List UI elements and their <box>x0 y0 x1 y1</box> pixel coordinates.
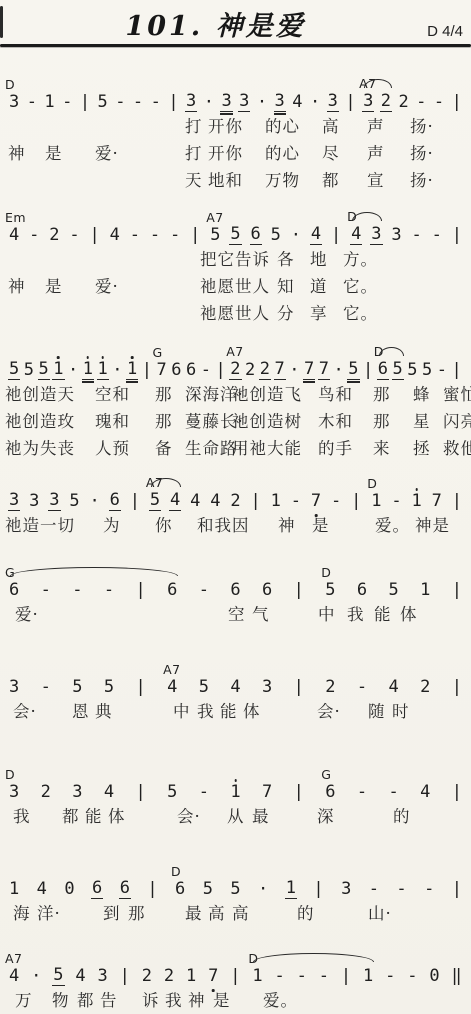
note: 7 <box>431 491 443 511</box>
note-glyph: 3 <box>29 491 39 511</box>
duration-dash-glyph: - <box>199 782 209 802</box>
note-glyph: 5 <box>72 677 82 697</box>
lyric-segment: 那 <box>373 381 391 405</box>
notation-line: 4Em-2-|4---|5A7565·4|4D33--| <box>0 221 471 245</box>
note: 5 <box>52 965 64 986</box>
lyric-segment: 各 <box>277 246 295 270</box>
barline-glyph: | <box>130 491 140 511</box>
barline-glyph: | <box>452 782 462 802</box>
lyric-segment: 是 <box>312 512 330 536</box>
duration-dash-glyph: - <box>151 92 161 112</box>
barline-glyph: | <box>313 879 323 899</box>
barline-glyph: | <box>80 92 90 112</box>
octave-dot-high <box>57 356 60 359</box>
note-glyph: 2 <box>164 966 174 986</box>
lyric-segment: 能 <box>85 803 103 827</box>
song-title: 101. 神是爱 <box>0 4 431 43</box>
duration-dash-glyph: - <box>331 491 341 511</box>
duration-dash-glyph: - <box>434 92 444 112</box>
lyric-segment: 那 <box>155 408 173 432</box>
note-glyph: 1 <box>230 782 240 802</box>
note: 1D <box>251 966 263 986</box>
lyric-row: 打开你的心高声扬· <box>0 112 471 139</box>
duration-dash-glyph: - <box>319 966 329 986</box>
note-glyph: 4 <box>37 879 47 899</box>
barline: | <box>293 677 305 697</box>
note: 1 <box>285 878 297 899</box>
note-glyph: 3 <box>341 879 351 899</box>
note-glyph: 5 <box>230 879 240 899</box>
lyric-row: 海洋·到那最高高的山· <box>0 899 471 926</box>
lyric-segment: 它。 <box>343 273 378 297</box>
barline-glyph: | <box>452 580 462 600</box>
lyric-segment: 从 <box>227 803 245 827</box>
duration-dash-glyph: - <box>407 966 417 986</box>
duration-dash: - <box>132 92 144 112</box>
note: 6 <box>170 360 182 380</box>
lyric-segment: 蜂 <box>413 381 431 405</box>
chord-label: D <box>5 75 15 95</box>
note-glyph: 1 <box>53 359 63 379</box>
note: 5 <box>8 359 20 380</box>
lyric-segment: 为 <box>103 512 121 536</box>
note-glyph: 5 <box>69 491 79 511</box>
note-glyph: 7 <box>311 491 321 511</box>
dot-mark-glyph: · <box>289 360 299 380</box>
note-glyph: 1 <box>412 491 422 511</box>
octave-dot-high <box>87 356 90 359</box>
duration-dash: - <box>318 966 330 986</box>
note-glyph: 4 <box>190 491 200 511</box>
barline: | <box>250 491 262 511</box>
lyric-segment: 开你 <box>208 140 243 164</box>
duration-dash: - <box>296 966 308 986</box>
barline-glyph: | <box>331 225 341 245</box>
barline: | <box>451 491 463 511</box>
final-barline-glyph: ‖ <box>452 966 462 986</box>
lyric-segment: 和我因 <box>197 512 250 536</box>
barline-glyph: | <box>230 966 240 986</box>
duration-dash-glyph: - <box>424 879 434 899</box>
note-glyph: 6 <box>175 879 185 899</box>
note-glyph: 1 <box>98 359 108 379</box>
note: 6 <box>229 580 241 600</box>
barline-glyph: | <box>452 225 462 245</box>
dot-mark-glyph: · <box>258 879 268 899</box>
note-glyph: 3 <box>98 966 108 986</box>
barline-glyph: | <box>363 360 373 380</box>
lyric-segment: 神是 <box>415 512 450 536</box>
lyric-segment: 救他· <box>443 435 471 459</box>
note: 2 <box>141 966 153 986</box>
note: 3 <box>8 677 20 697</box>
duration-dash-glyph: - <box>150 225 160 245</box>
note: 3 <box>327 91 339 112</box>
note-glyph: 5 <box>271 225 281 245</box>
chord-label: A7 <box>163 660 181 680</box>
note: 4D <box>350 224 362 245</box>
note: 1 <box>43 92 55 112</box>
barline-glyph: | <box>216 360 226 380</box>
duration-dash: - <box>169 225 181 245</box>
lyric-segment: 体 <box>108 803 126 827</box>
note-glyph: 2 <box>49 225 59 245</box>
notation-line: 14066|6D55·1|3---| <box>0 875 471 899</box>
note-glyph: 5 <box>104 677 114 697</box>
barline-glyph: | <box>294 782 304 802</box>
dot-mark-glyph: · <box>90 491 100 511</box>
lyric-segment: 瑰和 <box>95 408 130 432</box>
lyric-row: 神是爱·祂愿世人知道它。 <box>0 272 471 299</box>
barline: | <box>451 677 463 697</box>
lyric-segment: 洋· <box>37 900 61 924</box>
note-glyph: 4 <box>292 92 302 112</box>
note: 6 <box>109 490 121 511</box>
lyric-segment: 享 <box>310 300 328 324</box>
note-glyph: 5 <box>150 490 160 510</box>
note: 6G <box>8 580 20 600</box>
note: 6G <box>324 782 336 802</box>
note-glyph: 7 <box>208 966 218 986</box>
note: 2 <box>380 91 392 112</box>
lyric-row: 祂创造天空和那深海洋·祂创造飞鸟和那蜂蜜忙· <box>0 380 471 407</box>
music-system: 6G---|6-66|5D651|爱·空气中我能体 <box>0 554 471 627</box>
duration-dash: - <box>290 491 302 511</box>
dot-mark: · <box>203 92 215 112</box>
note: 6 <box>261 580 273 600</box>
note: 7G <box>156 360 168 380</box>
note-glyph: 3 <box>49 490 59 510</box>
duration-dash-glyph: - <box>275 966 285 986</box>
barline: | <box>451 879 463 899</box>
dot-mark-glyph: · <box>310 92 320 112</box>
lyric-segment: 的手 <box>318 435 353 459</box>
barline: | <box>135 580 147 600</box>
duration-dash-glyph: - <box>357 782 367 802</box>
dot-mark-glyph: · <box>257 92 267 112</box>
dot-mark: · <box>30 966 42 986</box>
note: 6 <box>91 878 103 899</box>
lyric-row: 爱·空气中我能体 <box>0 600 471 627</box>
lyric-segment: 爱· <box>95 140 119 164</box>
barline-glyph: | <box>147 879 157 899</box>
note-glyph: 2 <box>230 359 240 379</box>
duration-dash-glyph: - <box>396 879 406 899</box>
note: 3 <box>390 225 402 245</box>
lyric-segment: 祂愿世人 <box>200 273 270 297</box>
note-glyph: 2 <box>245 360 255 380</box>
note-glyph: 1 <box>420 580 430 600</box>
lyric-segment: 它。 <box>343 300 378 324</box>
note-glyph: 3 <box>9 677 19 697</box>
music-system: 5551·11·1|7G66-|2A7227·77·5|6D555-|祂创造天空… <box>0 334 471 461</box>
lyric-segment: 开你 <box>208 113 243 137</box>
lyric-segment: 神 <box>188 987 206 1011</box>
duration-dash: - <box>198 580 210 600</box>
lyric-segment: 道 <box>310 273 328 297</box>
duration-dash-glyph: - <box>130 225 140 245</box>
lyric-segment: 蜜忙· <box>443 381 471 405</box>
note-glyph: 1 <box>83 359 93 379</box>
note-glyph: 6 <box>9 580 19 600</box>
duration-dash-glyph: - <box>391 491 401 511</box>
note-glyph: 3 <box>262 677 272 697</box>
note: 4 <box>209 491 221 511</box>
note: 7 <box>261 782 273 802</box>
rest-note-glyph: 0 <box>429 966 439 986</box>
note-glyph: 5 <box>393 359 403 379</box>
note-glyph: 4 <box>420 782 430 802</box>
barline: | <box>215 360 227 380</box>
chord-label: A7 <box>206 208 224 228</box>
note-glyph: 5 <box>325 580 335 600</box>
slur-arc <box>10 567 178 576</box>
lyric-row: 我都能体会·从最深的 <box>0 802 471 829</box>
lyric-row: 会·恩典中我能体会·随时 <box>0 697 471 724</box>
dot-mark-glyph: · <box>31 966 41 986</box>
lyric-segment: 体 <box>400 601 418 625</box>
lyric-segment: 爱。 <box>263 987 298 1011</box>
note-glyph: 1 <box>252 966 262 986</box>
lyric-segment: 打 <box>185 140 203 164</box>
note: 6 <box>250 224 262 245</box>
lyric-segment: 是 <box>45 140 63 164</box>
lyric-segment: 爱· <box>95 273 119 297</box>
barline: | <box>293 782 305 802</box>
rest-note-glyph: 0 <box>64 879 74 899</box>
music-system: 3D234|5-17|6G--4|我都能体会·从最深的 <box>0 756 471 829</box>
lyric-segment: 最 <box>252 803 270 827</box>
duration-dash-glyph: - <box>412 225 422 245</box>
notation-line: 3-55|4A7543|2-42| <box>0 673 471 697</box>
lyric-segment: 到 <box>103 900 121 924</box>
note-glyph: 6 <box>186 360 196 380</box>
note-glyph: 2 <box>325 677 335 697</box>
barline-glyph: | <box>452 879 462 899</box>
note: 5 <box>392 359 404 380</box>
lyric-segment: 都 <box>77 987 95 1011</box>
notation-line: 4A7·543|2217|1D---|1--0‖ <box>0 962 471 986</box>
barline-glyph: | <box>294 580 304 600</box>
lyric-segment: 鸟和 <box>318 381 353 405</box>
duration-dash-glyph: - <box>385 966 395 986</box>
note: 2A7 <box>229 359 241 380</box>
octave-dot-high <box>234 779 237 782</box>
duration-dash-glyph: - <box>133 92 143 112</box>
duration-dash: - <box>103 580 115 600</box>
note-glyph: 3 <box>221 91 231 111</box>
slur-arc <box>379 347 404 356</box>
duration-dash-glyph: - <box>357 677 367 697</box>
lyric-segment: 爱。 <box>375 512 410 536</box>
note: 5 <box>71 677 83 697</box>
duration-dash: - <box>395 879 407 899</box>
note-glyph: 7 <box>304 359 314 379</box>
dot-mark: · <box>89 491 101 511</box>
lyric-segment: 我 <box>347 601 365 625</box>
barline-glyph: | <box>452 677 462 697</box>
lyric-segment: 中 <box>173 698 191 722</box>
duration-dash: - <box>129 225 141 245</box>
note: 5 <box>198 677 210 697</box>
note: 7 <box>274 359 286 380</box>
lyric-segment: 方。 <box>343 246 378 270</box>
note: 2 <box>48 225 60 245</box>
lyric-segment: 物 <box>52 987 70 1011</box>
note-glyph: 6 <box>171 360 181 380</box>
barline: | <box>451 225 463 245</box>
lyric-segment: 我 <box>13 803 31 827</box>
duration-dash-glyph: - <box>389 782 399 802</box>
lyric-segment: 祂愿世人 <box>200 300 270 324</box>
lyric-segment: 祂造一切 <box>5 512 75 536</box>
lyric-segment: 木和 <box>318 408 353 432</box>
barline-glyph: | <box>136 580 146 600</box>
duration-dash: - <box>150 92 162 112</box>
lyric-segment: 来 <box>373 435 391 459</box>
barline-glyph: | <box>351 491 361 511</box>
note-glyph: 6 <box>325 782 335 802</box>
note-glyph: 7 <box>275 359 285 379</box>
lyric-segment: 扬· <box>410 113 434 137</box>
barline: | <box>340 966 352 986</box>
barline: | <box>451 360 463 380</box>
notation-line: 3D234|5-17|6G--4| <box>0 778 471 802</box>
lyric-segment: 地和 <box>208 167 243 191</box>
lyric-segment: 那 <box>155 381 173 405</box>
lyric-segment: 爱· <box>15 601 39 625</box>
note: 5 <box>421 360 433 380</box>
lyric-segment: 闪亮· <box>443 408 471 432</box>
note-glyph: 4 <box>9 966 19 986</box>
lyric-segment: 空 <box>228 601 246 625</box>
slur-arc <box>352 212 382 221</box>
note: 2 <box>324 677 336 697</box>
dot-mark-glyph: · <box>68 360 78 380</box>
duration-dash: - <box>406 966 418 986</box>
note: 1 <box>97 359 109 380</box>
final-barline: ‖ <box>451 966 463 986</box>
duration-dash-glyph: - <box>416 92 426 112</box>
note: 4A7 <box>8 966 20 986</box>
note: 1 <box>362 966 374 986</box>
lyric-segment: 扬· <box>410 140 434 164</box>
octave-dot-high <box>415 488 418 491</box>
note: 4 <box>109 225 121 245</box>
note: 6D <box>174 879 186 899</box>
barline: | <box>146 879 158 899</box>
lyric-segment: 打 <box>185 113 203 137</box>
note: 1 <box>185 966 197 986</box>
duration-dash: - <box>149 225 161 245</box>
duration-dash: - <box>390 491 402 511</box>
duration-dash: - <box>356 677 368 697</box>
rest-note: 0 <box>428 966 440 986</box>
duration-dash-glyph: - <box>29 225 39 245</box>
lyric-segment: 都 <box>62 803 80 827</box>
note-glyph: 6 <box>167 580 177 600</box>
lyric-row: 神是爱·打开你的心尽声扬· <box>0 139 471 166</box>
barline-glyph: | <box>345 92 355 112</box>
barline-glyph: | <box>452 92 462 112</box>
note: 4 <box>291 92 303 112</box>
note: 5D <box>324 580 336 600</box>
duration-dash: - <box>423 879 435 899</box>
lyric-segment: 宣 <box>367 167 385 191</box>
note: 1 <box>8 879 20 899</box>
note: 1 <box>419 580 431 600</box>
duration-dash-glyph: - <box>291 491 301 511</box>
music-system: 3335·6|5A74442|1-7-|1D-17|祂造一切为你和我因神是爱。神… <box>0 465 471 538</box>
note-glyph: 1 <box>286 878 296 898</box>
octave-dot-high <box>131 356 134 359</box>
slur-arc <box>364 79 392 88</box>
note: 7 <box>303 359 315 380</box>
note: 1 <box>126 359 138 380</box>
note: 5 <box>23 360 35 380</box>
sheet-music-page: 101. 神是爱 D 4/4 3D-1-|5---|3·33·34·3|3A72… <box>0 0 471 1014</box>
note-glyph: 6 <box>110 490 120 510</box>
note: 1 <box>411 491 423 511</box>
note-glyph: 2 <box>381 91 391 111</box>
duration-dash: - <box>61 92 73 112</box>
barline: | <box>141 360 153 380</box>
lyric-segment: 备 <box>155 435 173 459</box>
lyric-segment: 神 <box>8 273 26 297</box>
note-glyph: 7 <box>432 491 442 511</box>
note: 4 <box>169 490 181 511</box>
music-system: 14066|6D55·1|3---|海洋·到那最高高的山· <box>0 853 471 926</box>
barline-glyph: | <box>294 677 304 697</box>
note: 5A7 <box>209 225 221 245</box>
barline: | <box>229 966 241 986</box>
note-glyph: 1 <box>186 966 196 986</box>
duration-dash-glyph: - <box>201 360 211 380</box>
note: 4A7 <box>166 677 178 697</box>
note-glyph: 5 <box>203 879 213 899</box>
note-glyph: 3 <box>9 490 19 510</box>
note: 3 <box>238 91 250 112</box>
note-glyph: 6 <box>230 580 240 600</box>
duration-dash: - <box>274 966 286 986</box>
note-glyph: 3 <box>186 91 196 111</box>
barline-glyph: | <box>168 92 178 112</box>
chord-label: G <box>153 343 163 363</box>
lyric-segment: 万物 <box>265 167 300 191</box>
note-glyph: 3 <box>363 91 373 111</box>
duration-dash: - <box>411 225 423 245</box>
lyric-segment: 最 <box>185 900 203 924</box>
note-glyph: 2 <box>230 491 240 511</box>
note: 3 <box>340 879 352 899</box>
lyric-segment: 体 <box>243 698 261 722</box>
note: 4Em <box>8 225 20 245</box>
note-glyph: 5 <box>199 677 209 697</box>
lyric-segment: 祂创造飞 <box>232 381 302 405</box>
chord-label: A7 <box>5 949 23 969</box>
note: 4 <box>229 677 241 697</box>
note-glyph: 7 <box>319 359 329 379</box>
lyric-segment: 都 <box>322 167 340 191</box>
note-glyph: 3 <box>72 782 82 802</box>
lyric-row: 天地和万物都宣扬· <box>0 166 471 193</box>
duration-dash-glyph: - <box>104 580 114 600</box>
note-glyph: 6 <box>251 224 261 244</box>
lyric-segment: 会· <box>177 803 201 827</box>
barline: | <box>119 966 131 986</box>
lyric-segment: 那 <box>373 408 391 432</box>
duration-dash: - <box>368 879 380 899</box>
